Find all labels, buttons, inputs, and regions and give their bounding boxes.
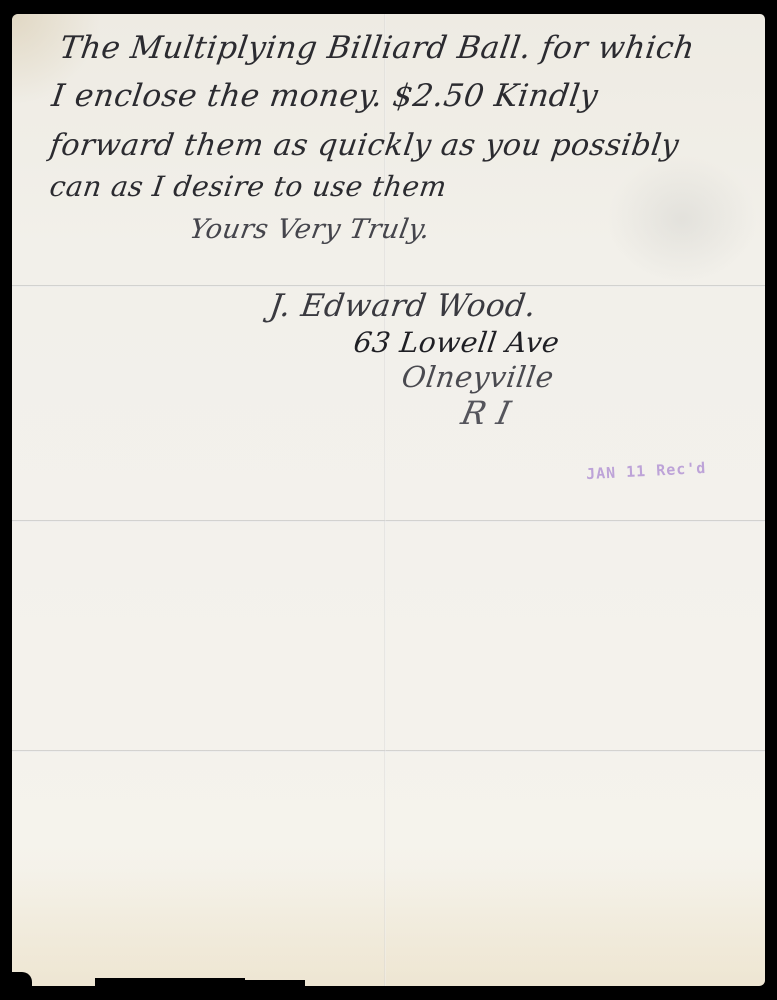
bleed-through-mark [607, 154, 757, 284]
signature: J. Edward Wood. [267, 288, 538, 324]
letter-body-line: forward them as quickly as you possibly [48, 128, 682, 163]
paper-tear [245, 980, 305, 988]
scanned-letter: The Multiplying Billiard Ball. for which… [0, 0, 777, 1000]
letter-body-line: I enclose the money. $2.50 Kindly [49, 78, 600, 114]
letter-closing: Yours Very Truly. [187, 214, 432, 245]
address-street: 63 Lowell Ave [352, 326, 562, 359]
fold-line [12, 520, 765, 522]
letter-paper: The Multiplying Billiard Ball. for which… [12, 14, 765, 986]
fold-line [12, 750, 765, 752]
received-date-stamp: JAN 11 Rec'd [586, 459, 707, 483]
address-state: R I [458, 394, 514, 432]
paper-tear [12, 972, 32, 986]
letter-body-line: The Multiplying Billiard Ball. for which [57, 30, 697, 66]
paper-tear [95, 978, 245, 988]
fold-line [12, 285, 765, 287]
letter-body-line: can as I desire to use them [48, 170, 449, 203]
address-city: Olneyville [400, 360, 556, 394]
